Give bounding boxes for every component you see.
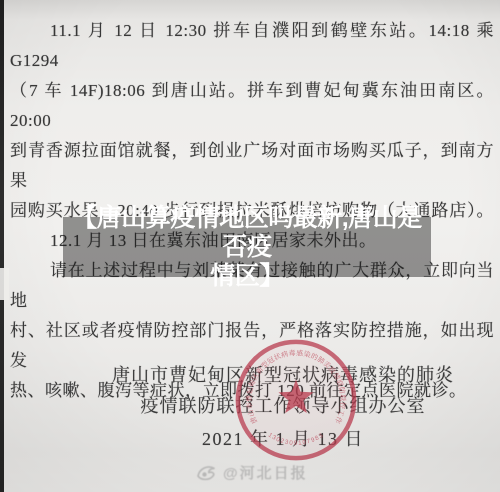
doc-line: 11.1 月 12 日 12:30 拼车自濮阳到鹤壁东站。14:18 乘 G12… [10, 16, 494, 76]
weibo-logo-icon [196, 463, 218, 482]
banner-text-line1: 【唐山算疫情地区吗最新,唐山是否疫 [63, 204, 431, 262]
watermark-text: @河北日报 [223, 462, 308, 483]
doc-line: 到青香源拉面馆就餐，到创业广场对面市场购买瓜子，到南方果 [10, 136, 494, 196]
caption-overlay-banner: 【唐山算疫情地区吗最新,唐山是否疫 情区】 [63, 217, 431, 277]
document-photo: 11.1 月 12 日 12:30 拼车自濮阳到鹤壁东站。14:18 乘 G12… [0, 0, 500, 492]
source-watermark: @河北日报 [196, 459, 396, 485]
doc-line: （7 车 14F)18:06 到唐山站。拼车到曹妃甸冀东油田南区。20:00 [10, 76, 494, 136]
banner-text-line2: 情区】 [63, 262, 431, 291]
official-seal: 唐山市曹妃甸区新型冠状病毒感染的肺炎疫情联防联控工作领导小组办公室 130230… [233, 337, 359, 463]
photo-left-edge [0, 0, 4, 492]
photo-left-notch [0, 268, 9, 300]
